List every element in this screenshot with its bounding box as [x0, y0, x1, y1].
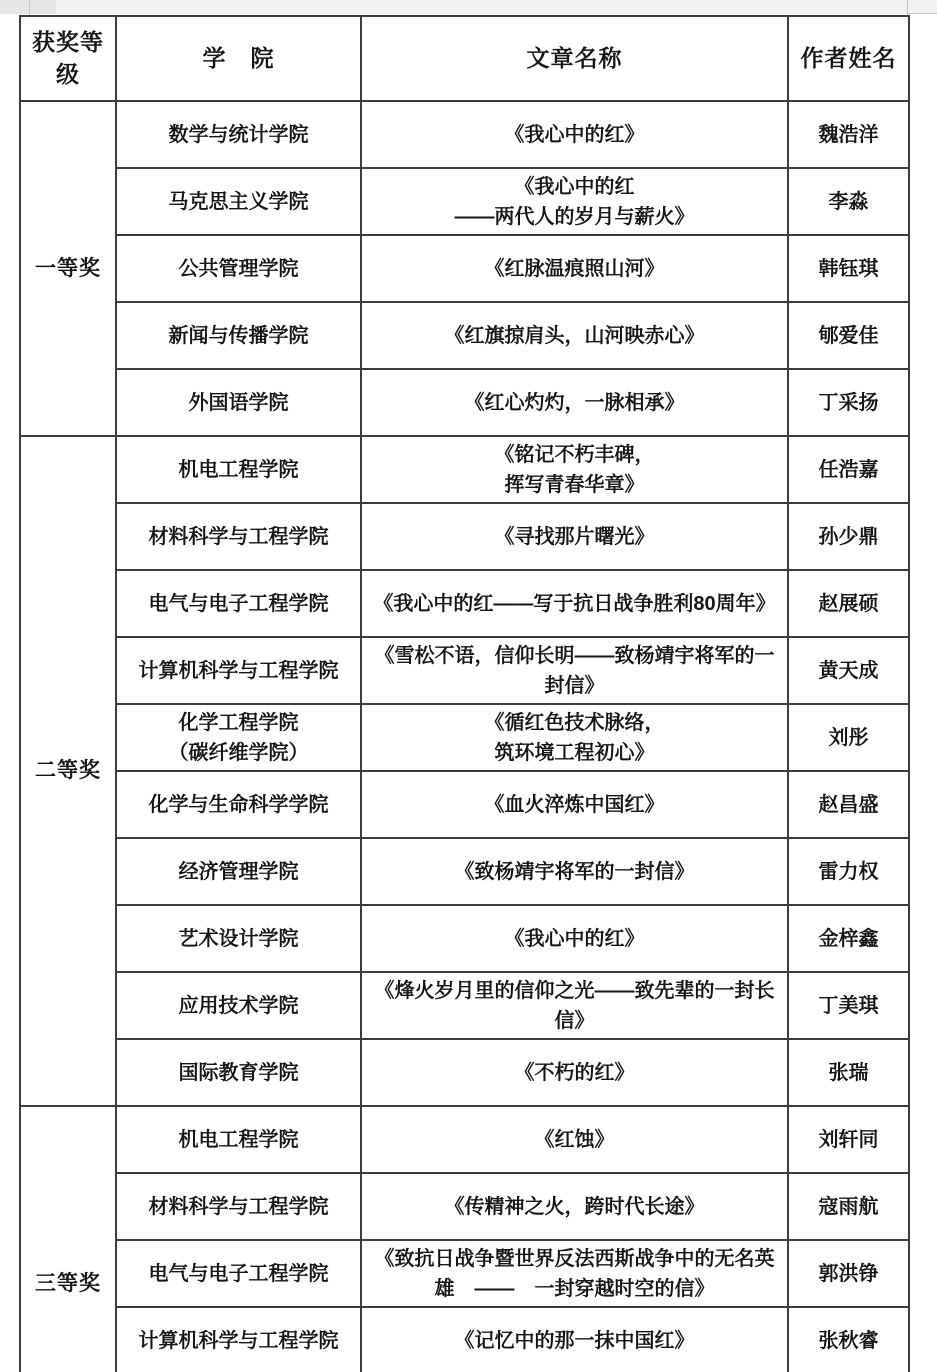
author-name-cell: 郇爱佳 — [788, 302, 909, 369]
article-title-cell: 《致杨靖宇将军的一封信》 — [361, 838, 788, 905]
article-title-cell: 《铭记不朽丰碑， 挥写青春华章》 — [361, 436, 788, 503]
table-row: 国际教育学院《不朽的红》张瑞 — [20, 1039, 909, 1106]
table-row: 公共管理学院《红脉温痕照山河》韩钰琪 — [20, 235, 909, 302]
table-row: 马克思主义学院《我心中的红 ——两代人的岁月与薪火》李淼 — [20, 168, 909, 235]
author-name-cell: 魏浩洋 — [788, 101, 909, 168]
author-name-cell: 金梓鑫 — [788, 905, 909, 972]
award-level-cell: 三等奖 — [20, 1106, 116, 1372]
article-title-cell: 《致抗日战争暨世界反法西斯战争中的无名英雄 —— 一封穿越时空的信》 — [361, 1240, 788, 1307]
college-cell: 经济管理学院 — [116, 838, 361, 905]
article-title-cell: 《我心中的红》 — [361, 101, 788, 168]
author-name-cell: 李淼 — [788, 168, 909, 235]
table-row: 计算机科学与工程学院《记忆中的那一抹中国红》张秋睿 — [20, 1307, 909, 1372]
college-cell: 公共管理学院 — [116, 235, 361, 302]
college-cell: 机电工程学院 — [116, 1106, 361, 1173]
table-row: 一等奖数学与统计学院《我心中的红》魏浩洋 — [20, 101, 909, 168]
table-row: 化学工程学院 （碳纤维学院）《循红色技术脉络， 筑环境工程初心》刘彤 — [20, 704, 909, 771]
table-row: 计算机科学与工程学院《雪松不语，信仰长明——致杨靖宇将军的一封信》黄天成 — [20, 637, 909, 704]
article-title-cell: 《记忆中的那一抹中国红》 — [361, 1307, 788, 1372]
college-cell: 马克思主义学院 — [116, 168, 361, 235]
awards-table-header: 获奖等 级 学 院 文章名称 作者姓名 — [20, 16, 909, 101]
author-name-cell: 韩钰琪 — [788, 235, 909, 302]
column-header-article-title: 文章名称 — [361, 16, 788, 101]
college-cell: 计算机科学与工程学院 — [116, 1307, 361, 1372]
college-cell: 机电工程学院 — [116, 436, 361, 503]
college-cell: 材料科学与工程学院 — [116, 1173, 361, 1240]
author-name-cell: 丁美琪 — [788, 972, 909, 1039]
column-header-author-name: 作者姓名 — [788, 16, 909, 101]
article-title-cell: 《烽火岁月里的信仰之光——致先辈的一封长信》 — [361, 972, 788, 1039]
author-name-cell: 刘轩同 — [788, 1106, 909, 1173]
article-title-cell: 《我心中的红 ——两代人的岁月与薪火》 — [361, 168, 788, 235]
table-row: 化学与生命科学学院《血火淬炼中国红》赵昌盛 — [20, 771, 909, 838]
gridline-remnant-horizontal-right — [908, 13, 937, 14]
college-cell: 应用技术学院 — [116, 972, 361, 1039]
college-cell: 电气与电子工程学院 — [116, 1240, 361, 1307]
college-cell: 数学与统计学院 — [116, 101, 361, 168]
college-cell: 材料科学与工程学院 — [116, 503, 361, 570]
author-name-cell: 任浩嘉 — [788, 436, 909, 503]
table-row: 电气与电子工程学院《我心中的红——写于抗日战争胜利80周年》赵展硕 — [20, 570, 909, 637]
gridline-remnant-vertical-left — [29, 0, 30, 15]
table-row: 艺术设计学院《我心中的红》金梓鑫 — [20, 905, 909, 972]
author-name-cell: 张秋睿 — [788, 1307, 909, 1372]
header-row: 获奖等 级 学 院 文章名称 作者姓名 — [20, 16, 909, 101]
article-title-cell: 《循红色技术脉络， 筑环境工程初心》 — [361, 704, 788, 771]
article-title-cell: 《我心中的红——写于抗日战争胜利80周年》 — [361, 570, 788, 637]
college-cell: 艺术设计学院 — [116, 905, 361, 972]
college-cell: 国际教育学院 — [116, 1039, 361, 1106]
college-cell: 电气与电子工程学院 — [116, 570, 361, 637]
table-row: 材料科学与工程学院《寻找那片曙光》孙少鼎 — [20, 503, 909, 570]
article-title-cell: 《红旗掠肩头，山河映赤心》 — [361, 302, 788, 369]
author-name-cell: 雷力权 — [788, 838, 909, 905]
college-cell: 新闻与传播学院 — [116, 302, 361, 369]
table-row: 经济管理学院《致杨靖宇将军的一封信》雷力权 — [20, 838, 909, 905]
author-name-cell: 黄天成 — [788, 637, 909, 704]
table-row: 三等奖机电工程学院《红蚀》刘轩同 — [20, 1106, 909, 1173]
article-title-cell: 《红心灼灼，一脉相承》 — [361, 369, 788, 436]
awards-table-body: 一等奖数学与统计学院《我心中的红》魏浩洋马克思主义学院《我心中的红 ——两代人的… — [20, 101, 909, 1372]
article-title-cell: 《不朽的红》 — [361, 1039, 788, 1106]
author-name-cell: 张瑞 — [788, 1039, 909, 1106]
award-level-cell: 一等奖 — [20, 101, 116, 436]
spreadsheet-top-strip — [0, 0, 937, 14]
author-name-cell: 郭洪铮 — [788, 1240, 909, 1307]
page: 获奖等 级 学 院 文章名称 作者姓名 一等奖数学与统计学院《我心中的红》魏浩洋… — [0, 0, 937, 1372]
author-name-cell: 寇雨航 — [788, 1173, 909, 1240]
awards-table: 获奖等 级 学 院 文章名称 作者姓名 一等奖数学与统计学院《我心中的红》魏浩洋… — [19, 15, 910, 1372]
table-row: 外国语学院《红心灼灼，一脉相承》丁采扬 — [20, 369, 909, 436]
college-cell: 外国语学院 — [116, 369, 361, 436]
author-name-cell: 丁采扬 — [788, 369, 909, 436]
table-row: 电气与电子工程学院《致抗日战争暨世界反法西斯战争中的无名英雄 —— 一封穿越时空… — [20, 1240, 909, 1307]
table-row: 应用技术学院《烽火岁月里的信仰之光——致先辈的一封长信》丁美琪 — [20, 972, 909, 1039]
college-cell: 化学工程学院 （碳纤维学院） — [116, 704, 361, 771]
spreadsheet-corner-cell — [0, 0, 56, 14]
table-row: 材料科学与工程学院《传精神之火，跨时代长途》寇雨航 — [20, 1173, 909, 1240]
author-name-cell: 赵昌盛 — [788, 771, 909, 838]
table-row: 新闻与传播学院《红旗掠肩头，山河映赤心》郇爱佳 — [20, 302, 909, 369]
article-title-cell: 《红蚀》 — [361, 1106, 788, 1173]
author-name-cell: 赵展硕 — [788, 570, 909, 637]
article-title-cell: 《我心中的红》 — [361, 905, 788, 972]
author-name-cell: 孙少鼎 — [788, 503, 909, 570]
article-title-cell: 《传精神之火，跨时代长途》 — [361, 1173, 788, 1240]
award-level-cell: 二等奖 — [20, 436, 116, 1106]
college-cell: 计算机科学与工程学院 — [116, 637, 361, 704]
college-cell: 化学与生命科学学院 — [116, 771, 361, 838]
article-title-cell: 《血火淬炼中国红》 — [361, 771, 788, 838]
article-title-cell: 《寻找那片曙光》 — [361, 503, 788, 570]
column-header-award-level: 获奖等 级 — [20, 16, 116, 101]
article-title-cell: 《雪松不语，信仰长明——致杨靖宇将军的一封信》 — [361, 637, 788, 704]
article-title-cell: 《红脉温痕照山河》 — [361, 235, 788, 302]
author-name-cell: 刘彤 — [788, 704, 909, 771]
table-row: 二等奖机电工程学院《铭记不朽丰碑， 挥写青春华章》任浩嘉 — [20, 436, 909, 503]
column-header-college: 学 院 — [116, 16, 361, 101]
